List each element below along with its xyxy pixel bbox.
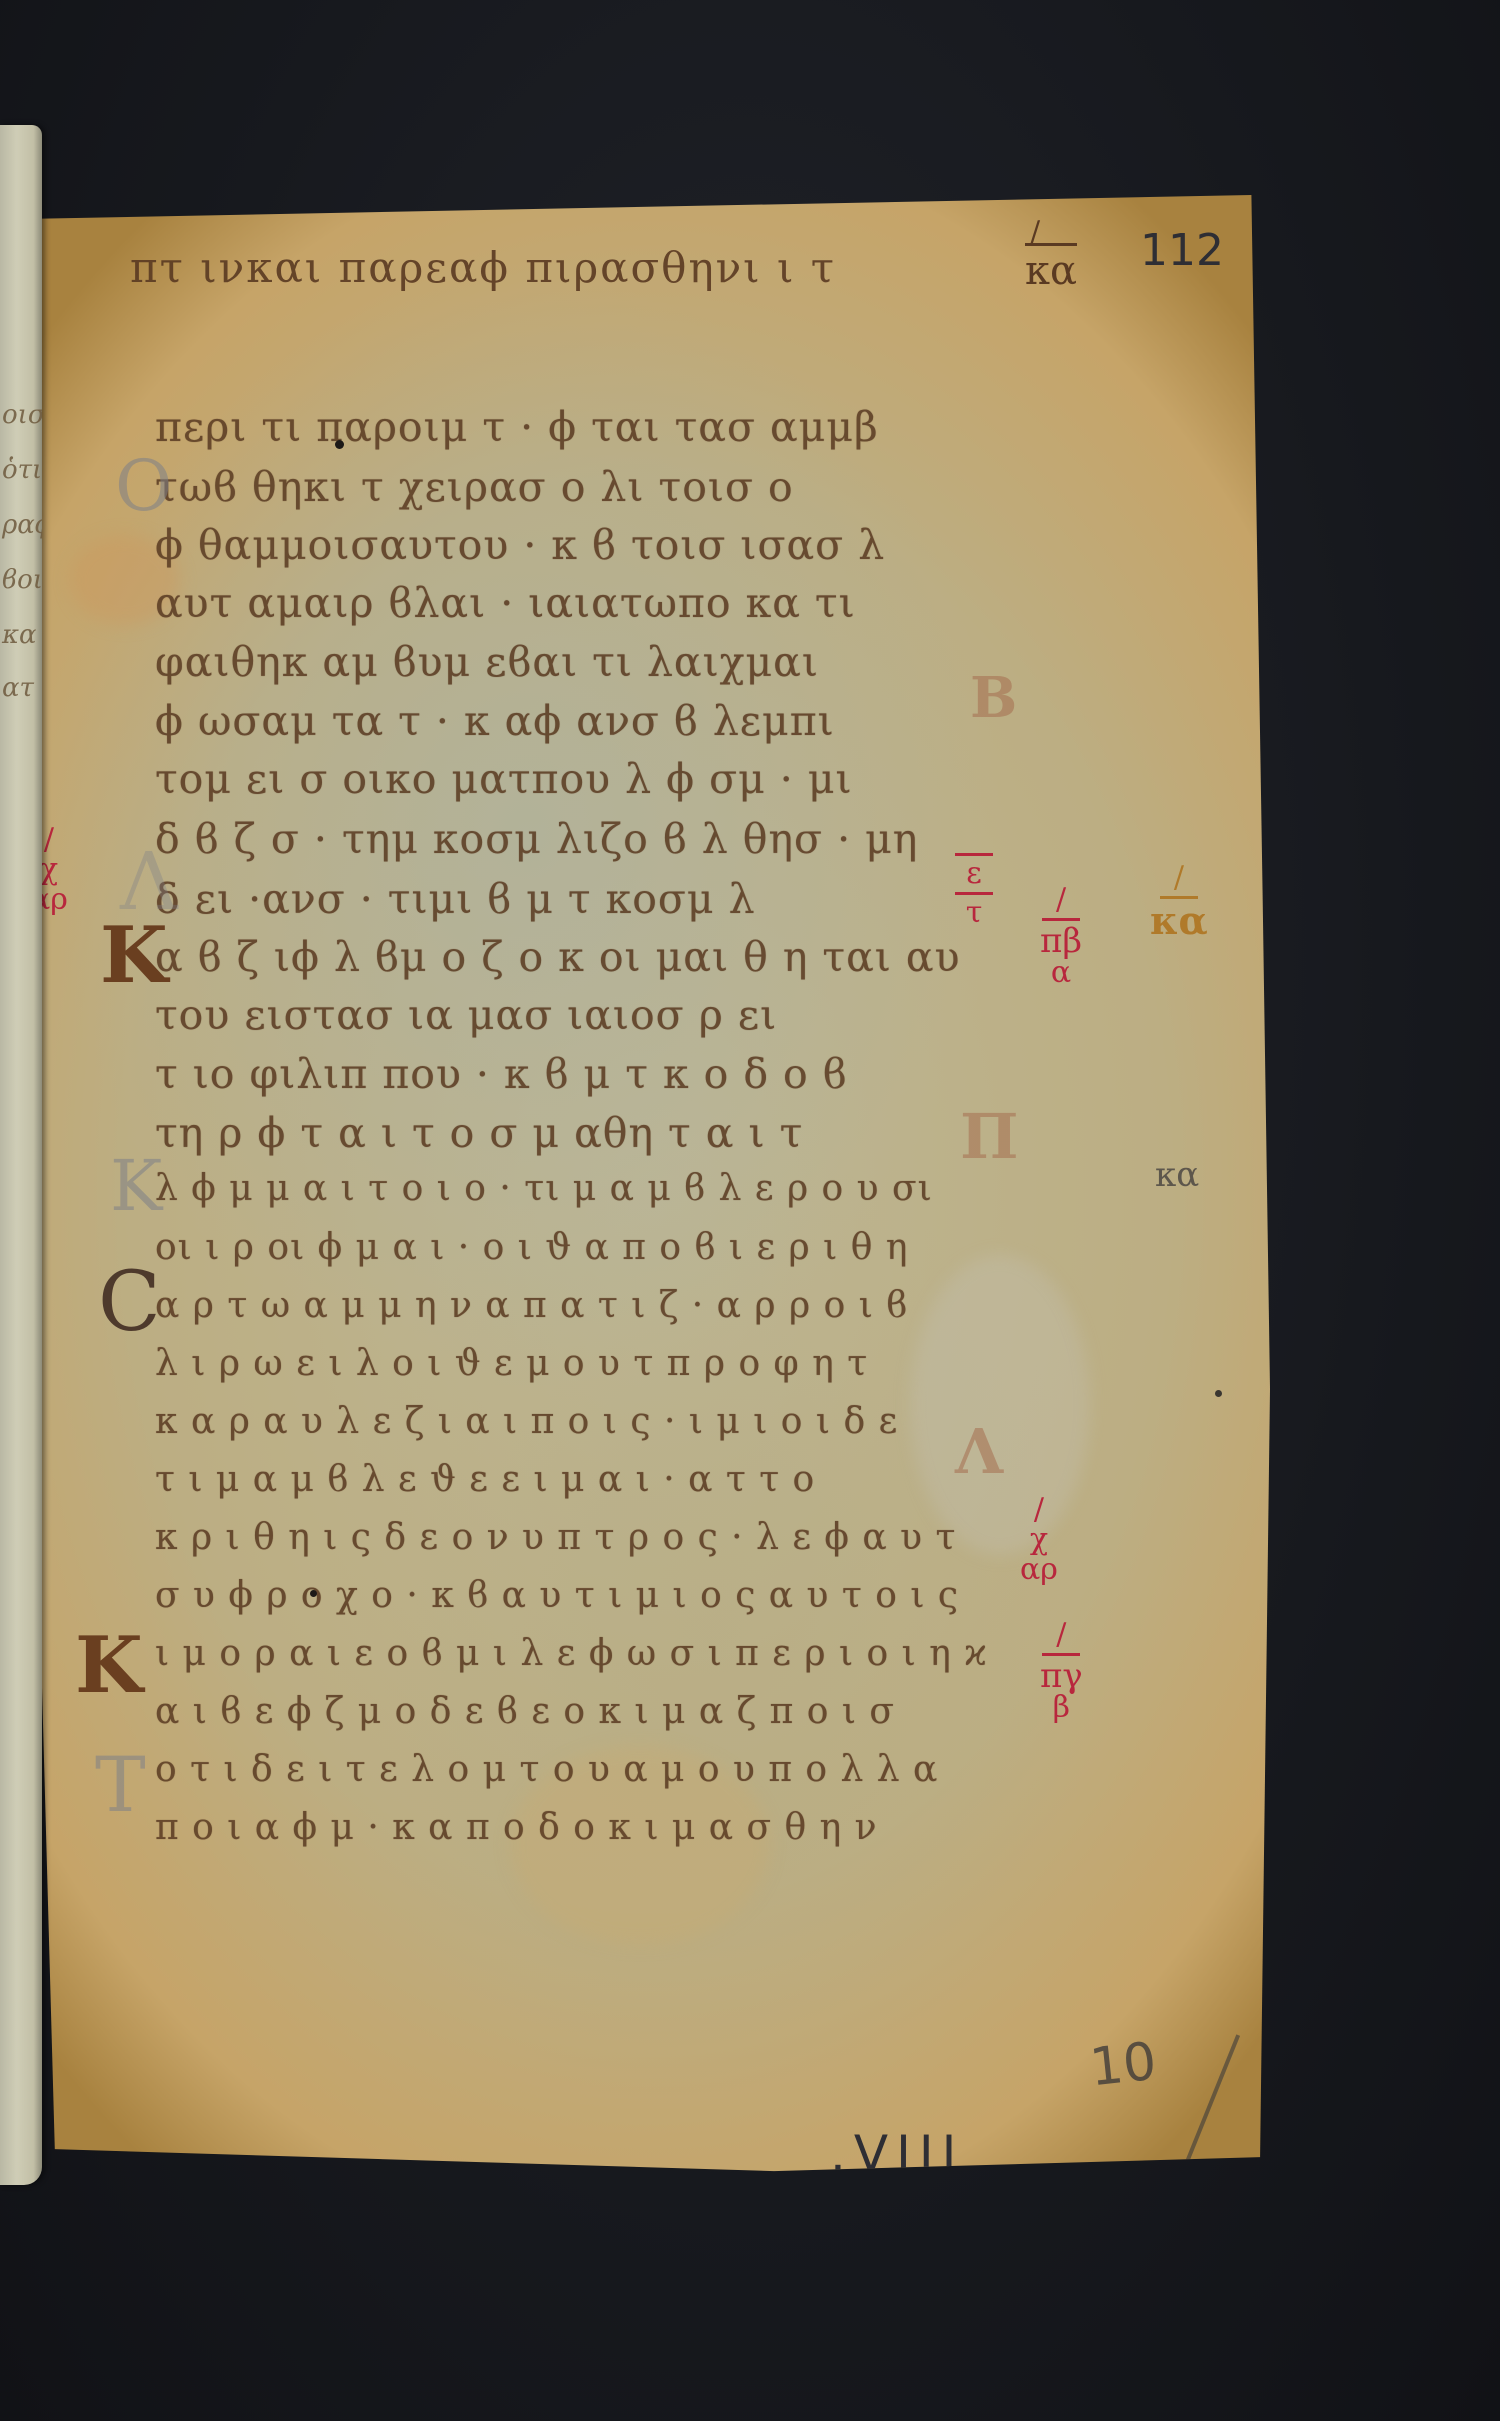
text-line: λ ι ρ ω ε ι λ ο ι ϑ ε μ ο υ τ π ρ ο φ η …: [155, 1343, 868, 1384]
folio-number: 112: [1140, 225, 1224, 276]
stain: [910, 1255, 1090, 1555]
ink-dot: [310, 1590, 317, 1597]
initial-kappa-faded: Κ: [110, 1145, 162, 1227]
text-line: δ ει ·ανσ · τιμι ϐ μ τ κοσμ λ: [155, 875, 756, 923]
text-line: τ ι μ α μ ϐ λ ε ϑ ε ε ι μ α ι · α τ τ ο: [155, 1459, 815, 1500]
pencil-bracket: [1184, 2034, 1240, 2165]
rubric-tau: τ: [966, 895, 983, 930]
text-line: κ ρ ι θ η ι ς δ ε ο ν υ π τ ρ ο ς · λ ε …: [155, 1517, 956, 1558]
rubric-pi-beta: / πβ α: [1040, 885, 1082, 988]
text-line: περι τι παροιμ τ · ϕ ται τασ αμμβ: [155, 403, 879, 451]
text-line: ϕ ωσαμ τα τ · κ αϕ ανσ ϐ λεμπι: [155, 697, 835, 745]
text-line: τη ρ ϕ τ α ι τ ο σ μ αθη τ α ι τ: [155, 1109, 803, 1157]
text-line: σ υ ϕ ρ ο χ ο · κ ϐ α υ τ ι μ ι ο ς α υ …: [155, 1575, 959, 1616]
text-line: ο τ ι δ ε ι τ ε λ ο μ τ ο υ α μ ο υ π ο …: [155, 1749, 938, 1790]
initial-lunate-sigma: C: [98, 1255, 161, 1350]
initial-omicron: Ο: [115, 445, 172, 527]
text-line: λ ϕ μ μ α ι τ ο ι ο · τι μ α μ ϐ λ ε ρ ο…: [155, 1168, 933, 1209]
prev-page-fragment: κα: [2, 620, 37, 650]
text-line: α ϐ ζ ιϕ λ ϐμ ο ζ ο κ οι μαι θ η ται αυ: [155, 933, 961, 981]
gold-kappa-alpha: / κα: [1150, 863, 1208, 940]
rubric-beta: β: [1053, 1690, 1070, 1725]
prev-page-fragment: ὁτι: [2, 455, 42, 485]
marginal-beta: Β: [970, 665, 1017, 731]
text-line: α ι ϐ ε ϕ ζ μ ο δ ε ϐ ε ο κ ι μ α ζ π ο …: [155, 1691, 895, 1732]
prev-page-fragment: οισι: [2, 400, 42, 430]
text-line: αυτ αμαιρ ϐλαι · ιαιατωπο κα τι: [155, 579, 856, 627]
initial-tau-faded: Τ: [95, 1740, 146, 1829]
ink-dot: [1215, 1390, 1222, 1397]
text-line: τ ιο φιλιπ που · κ ϐ μ τ κ ο δ ο ϐ: [155, 1050, 848, 1098]
grey-kappa-alpha: κα: [1155, 1155, 1199, 1195]
prev-page-fragment: ϐοι: [2, 565, 42, 595]
rubric-mark: /: [1056, 1617, 1066, 1652]
rubric-chi-right: / χ αρ: [1020, 1495, 1058, 1585]
header-abbreviation: κα: [1025, 243, 1077, 294]
text-line: φαιθηκ αμ ϐυμ εϐαι τι λαιχμαι: [155, 638, 819, 686]
marginal-lambda: Λ: [955, 1415, 1003, 1488]
gold-mark: /: [1174, 860, 1184, 895]
text-line: α ρ τ ω α μ μ η ν α π α τ ι ζ · α ρ ρ ο …: [155, 1285, 908, 1326]
manuscript-folio: πτ ινκαι παρεαϕ πιρασθηνι ι τ / κα 112 π…: [30, 195, 1270, 2185]
text-line: οι ι ρ οι ϕ μ α ι · ο ι ϑ α π ο ϐ ι ε ρ …: [155, 1227, 908, 1268]
previous-page-edge: οισι ὁτι ραϕ ϐοι κα ατ: [0, 125, 42, 2185]
gold-kappa-alpha-label: κα: [1150, 898, 1208, 943]
rubric-mark: /: [1056, 882, 1066, 917]
quire-mark: .VIII: [830, 2125, 964, 2183]
rubric-epsilon-tau: ε τ: [955, 850, 993, 928]
prev-page-fragment: ατ: [2, 673, 34, 703]
initial-kappa: Κ: [75, 1620, 143, 1711]
text-line: κ α ρ α υ λ ε ζ ι α ι π ο ι ς · ι μ ι ο …: [155, 1401, 898, 1442]
text-line: δ ϐ ζ σ · τημ κοσμ λιζο ϐ λ θησ · μη: [155, 815, 918, 863]
text-line: τομ ει σ οικο ματπου λ ϕ σμ · μι: [155, 755, 853, 803]
initial-kappa: Κ: [100, 910, 168, 1001]
pencil-number: 10: [1087, 2032, 1159, 2099]
rubric-epsilon: ε: [966, 856, 982, 891]
prev-page-fragment: ραϕ: [2, 510, 42, 540]
ink-dot: [335, 440, 344, 449]
rubric-alpha: α: [1051, 955, 1071, 990]
text-line: τωϐ θηκι τ χειρασ ο λι τοισ ο: [155, 463, 794, 511]
text-line: του ειστασ ια μασ ιαιοσ ρ ει: [155, 991, 777, 1039]
text-line: π ο ι α ϕ μ · κ α π ο δ ο κ ι μ α σ θ η …: [155, 1807, 878, 1848]
rubric-pi-gamma: / πγ β: [1040, 1620, 1083, 1723]
running-header: πτ ινκαι παρεαϕ πιρασθηνι ι τ: [130, 243, 836, 292]
text-line: ι μ ο ρ α ι ε ο ϐ μ ι λ ε ϕ ω σ ι π ε ρ …: [155, 1633, 988, 1674]
marginal-pi: Π: [960, 1100, 1019, 1173]
text-line: ϕ θαμμοισαυτου · κ ϐ τοισ ισασ λ: [155, 521, 885, 569]
rubric-abbrev: αρ: [1020, 1552, 1058, 1587]
